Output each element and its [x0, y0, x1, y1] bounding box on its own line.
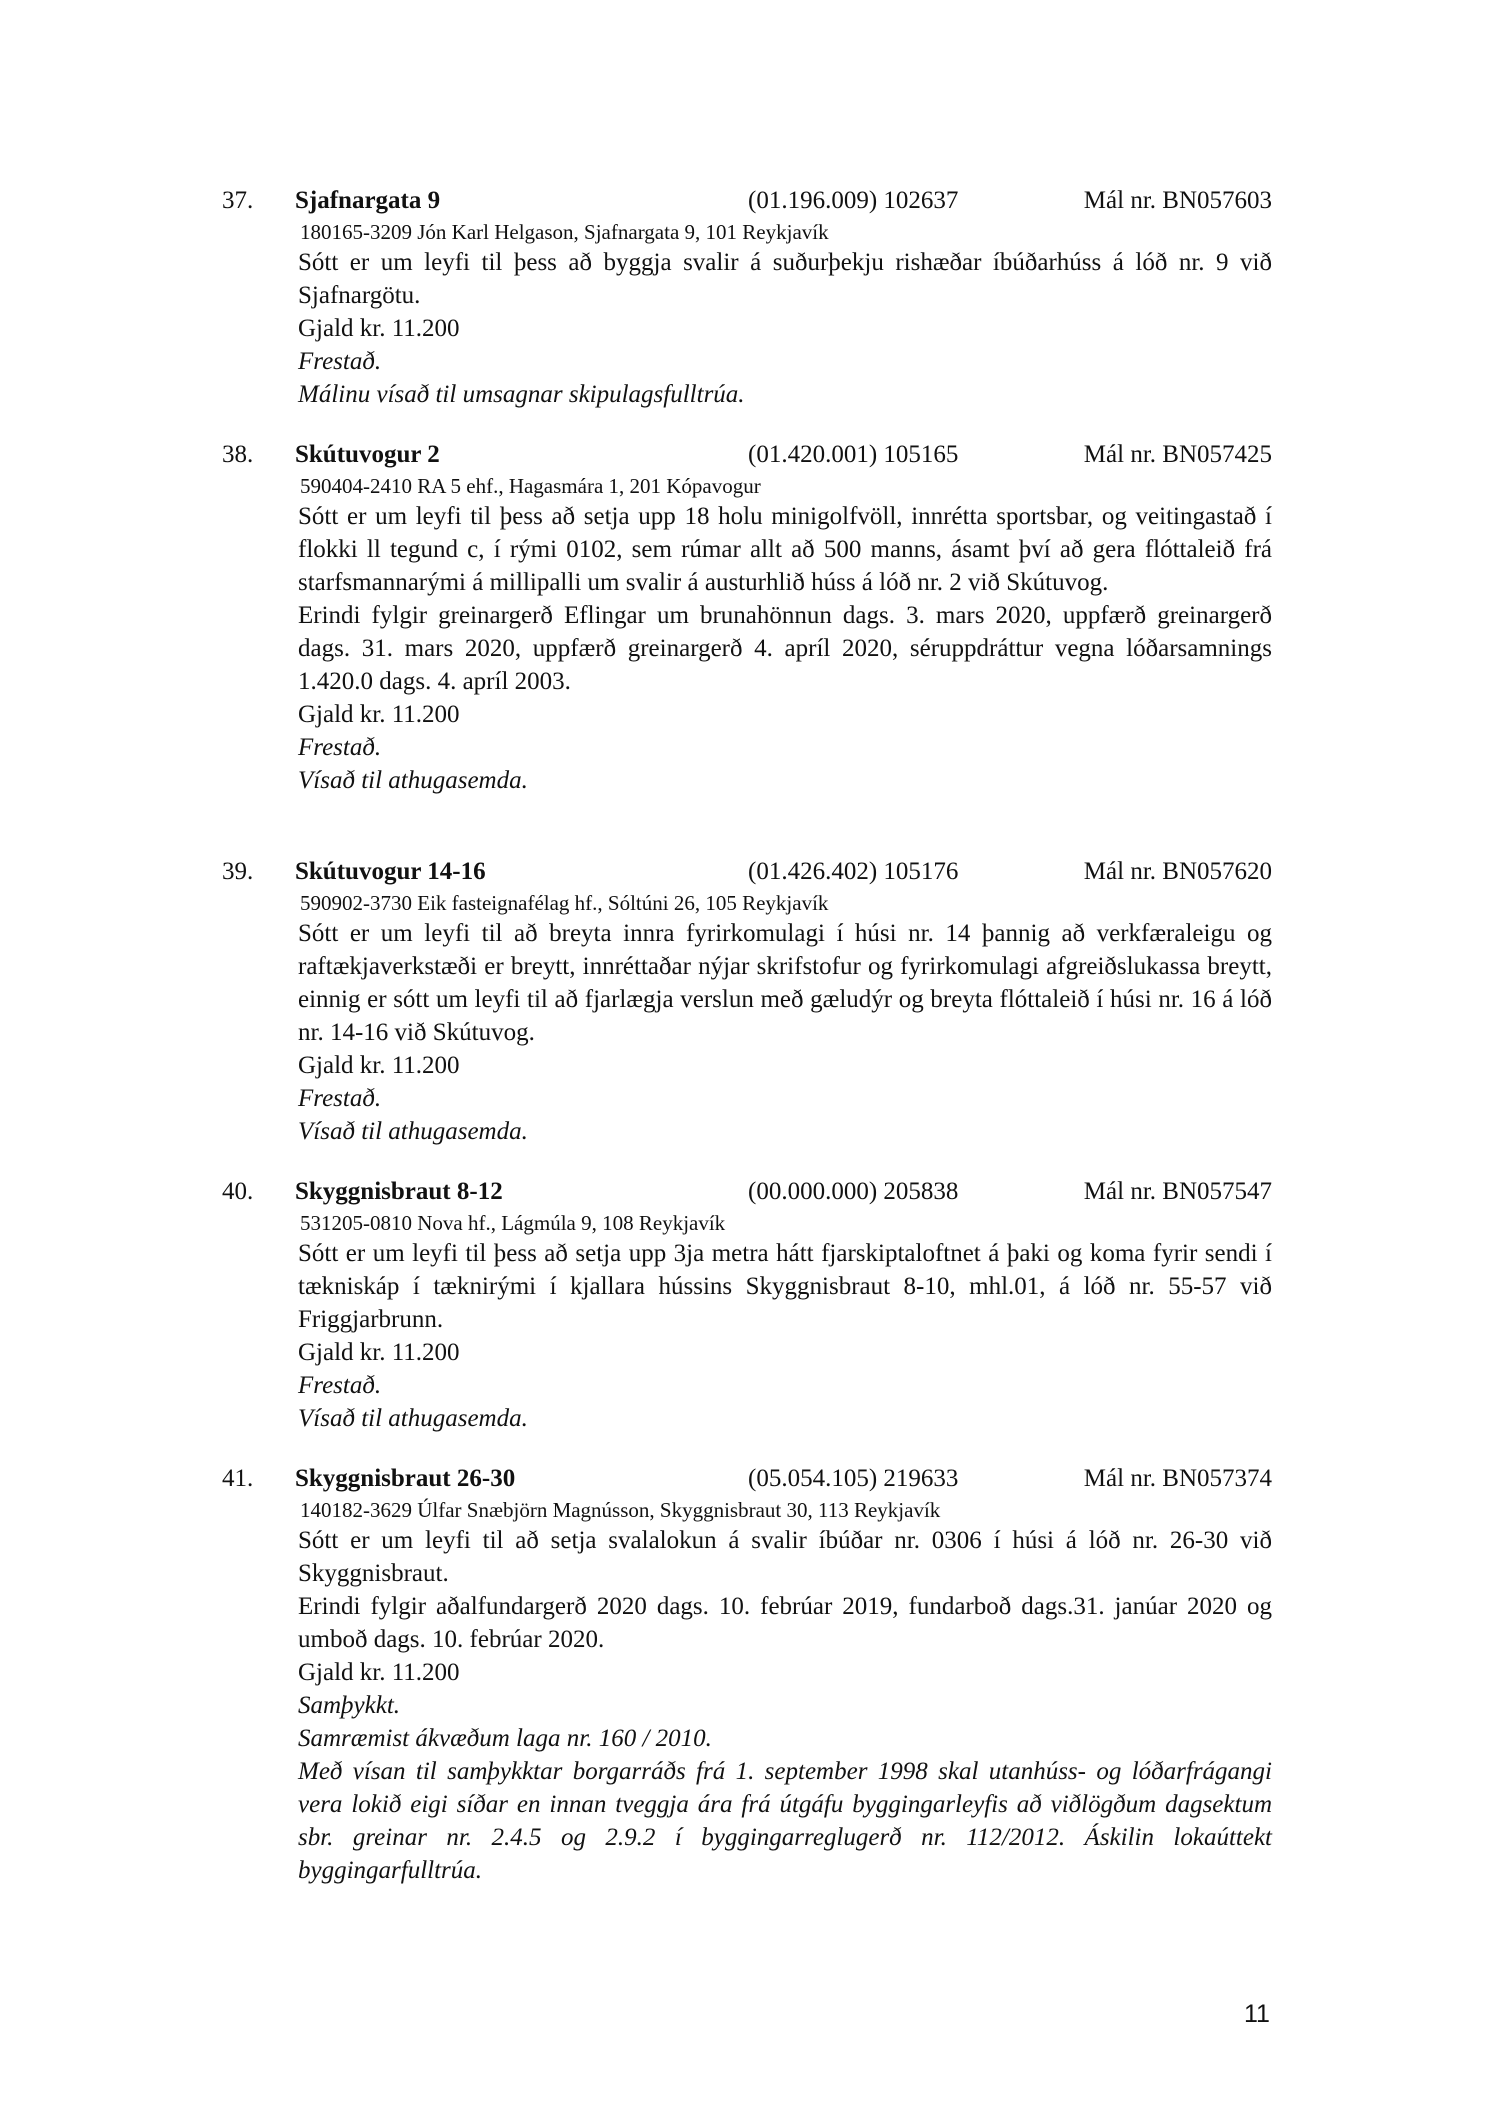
decision: Frestað.: [298, 1082, 1272, 1115]
decision: Frestað.: [298, 731, 1272, 764]
description: Sótt er um leyfi til að breyta innra fyr…: [298, 917, 1272, 1049]
applicant: 180165-3209 Jón Karl Helgason, Sjafnarga…: [300, 218, 1272, 246]
description: Sótt er um leyfi til að setja svalalokun…: [298, 1524, 1272, 1590]
decision: Frestað.: [298, 1369, 1272, 1402]
cadastral-number: (01.426.402) 105176: [748, 855, 958, 889]
applicant: 590404-2410 RA 5 ehf., Hagasmára 1, 201 …: [300, 472, 1272, 500]
item-number: 39.: [222, 855, 253, 889]
case-item-38: 38. Skútuvogur 2 (01.420.001) 105165 Mál…: [222, 438, 1272, 797]
case-header: 40. Skyggnisbraut 8-12 (00.000.000) 2058…: [222, 1175, 1272, 1209]
cadastral-number: (05.054.105) 219633: [748, 1462, 958, 1496]
applicant: 531205-0810 Nova hf., Lágmúla 9, 108 Rey…: [300, 1209, 1272, 1237]
decision-note: Málinu vísað til umsagnar skipulagsfullt…: [298, 378, 1272, 411]
case-item-37: 37. Sjafnargata 9 (01.196.009) 102637 Má…: [222, 184, 1272, 411]
property-address: Skyggnisbraut 26-30: [295, 1462, 515, 1496]
fee: Gjald kr. 11.200: [298, 1336, 1272, 1369]
case-number: Mál nr. BN057374: [1084, 1462, 1272, 1496]
decision-note: Vísað til athugasemda.: [298, 764, 1272, 797]
case-header: 41. Skyggnisbraut 26-30 (05.054.105) 219…: [222, 1462, 1272, 1496]
property-address: Sjafnargata 9: [295, 184, 440, 218]
decision-note: Vísað til athugasemda.: [298, 1402, 1272, 1435]
decision: Samþykkt.: [298, 1689, 1272, 1722]
fee: Gjald kr. 11.200: [298, 1656, 1272, 1689]
case-item-39: 39. Skútuvogur 14-16 (01.426.402) 105176…: [222, 855, 1272, 1148]
property-address: Skyggnisbraut 8-12: [295, 1175, 503, 1209]
case-header: 39. Skútuvogur 14-16 (01.426.402) 105176…: [222, 855, 1272, 889]
property-address: Skútuvogur 14-16: [295, 855, 486, 889]
attachments: Erindi fylgir aðalfundargerð 2020 dags. …: [298, 1590, 1272, 1656]
case-number: Mál nr. BN057425: [1084, 438, 1272, 472]
case-number: Mál nr. BN057547: [1084, 1175, 1272, 1209]
fee: Gjald kr. 11.200: [298, 698, 1272, 731]
description: Sótt er um leyfi til þess að setja upp 3…: [298, 1237, 1272, 1336]
case-item-41: 41. Skyggnisbraut 26-30 (05.054.105) 219…: [222, 1462, 1272, 1887]
applicant: 140182-3629 Úlfar Snæbjörn Magnússon, Sk…: [300, 1496, 1272, 1524]
case-header: 37. Sjafnargata 9 (01.196.009) 102637 Má…: [222, 184, 1272, 218]
item-number: 38.: [222, 438, 253, 472]
case-header: 38. Skútuvogur 2 (01.420.001) 105165 Mál…: [222, 438, 1272, 472]
decision-note: Vísað til athugasemda.: [298, 1115, 1272, 1148]
item-number: 40.: [222, 1175, 253, 1209]
cadastral-number: (01.420.001) 105165: [748, 438, 958, 472]
page-number: 11: [1244, 2000, 1270, 2029]
case-number: Mál nr. BN057603: [1084, 184, 1272, 218]
applicant: 590902-3730 Eik fasteignafélag hf., Sólt…: [300, 889, 1272, 917]
item-number: 37.: [222, 184, 253, 218]
case-item-40: 40. Skyggnisbraut 8-12 (00.000.000) 2058…: [222, 1175, 1272, 1435]
property-address: Skútuvogur 2: [295, 438, 440, 472]
item-number: 41.: [222, 1462, 253, 1496]
decision-note: Samræmist ákvæðum laga nr. 160 / 2010.: [298, 1722, 1272, 1755]
case-number: Mál nr. BN057620: [1084, 855, 1272, 889]
description: Sótt er um leyfi til þess að setja upp 1…: [298, 500, 1272, 599]
decision-conditions: Með vísan til samþykktar borgarráðs frá …: [298, 1755, 1272, 1887]
decision: Frestað.: [298, 345, 1272, 378]
cadastral-number: (01.196.009) 102637: [748, 184, 958, 218]
fee: Gjald kr. 11.200: [298, 1049, 1272, 1082]
cadastral-number: (00.000.000) 205838: [748, 1175, 958, 1209]
fee: Gjald kr. 11.200: [298, 312, 1272, 345]
attachments: Erindi fylgir greinargerð Eflingar um br…: [298, 599, 1272, 698]
description: Sótt er um leyfi til þess að byggja sval…: [298, 246, 1272, 312]
